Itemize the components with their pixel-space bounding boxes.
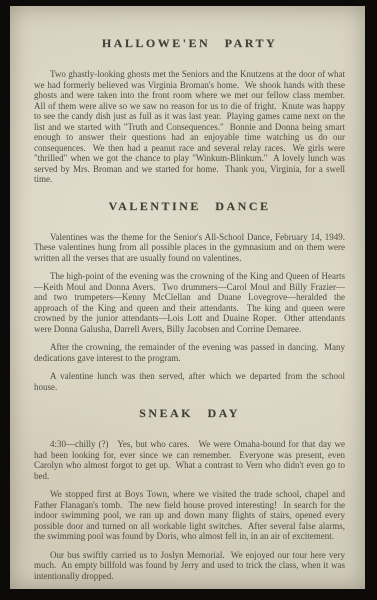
section-heading-valentine-dance: VALENTINE DANCE <box>34 199 345 214</box>
section-valentine-dance: VALENTINE DANCE Valentines was the theme… <box>34 199 345 393</box>
section-heading-sneak-day: SNEAK DAY <box>34 406 345 421</box>
paragraph: Valentines was the theme for the Senior'… <box>34 232 345 264</box>
paragraph: We stopped first at Boys Town, where we … <box>34 489 345 542</box>
photo-frame: HALLOWE'EN PARTY Two ghastly-looking gho… <box>0 0 377 600</box>
section-halloween-party: HALLOWE'EN PARTY Two ghastly-looking gho… <box>34 36 345 185</box>
paragraph: Two ghastly-looking ghosts met the Senio… <box>34 69 345 185</box>
paragraph: Our bus swiftly carried us to Joslyn Mem… <box>34 550 345 582</box>
paragraph: 4:30—chilly (?) Yes, but who cares. We w… <box>34 439 345 481</box>
paragraph: After the crowning, the remainder of the… <box>34 342 345 363</box>
document-page: HALLOWE'EN PARTY Two ghastly-looking gho… <box>10 6 365 589</box>
section-heading-halloween-party: HALLOWE'EN PARTY <box>34 36 345 51</box>
page-content: HALLOWE'EN PARTY Two ghastly-looking gho… <box>10 6 365 589</box>
paragraph: A valentine lunch was then served, after… <box>34 371 345 392</box>
section-sneak-day: SNEAK DAY 4:30—chilly (?) Yes, but who c… <box>34 406 345 581</box>
paragraph: The high-point of the evening was the cr… <box>34 271 345 334</box>
